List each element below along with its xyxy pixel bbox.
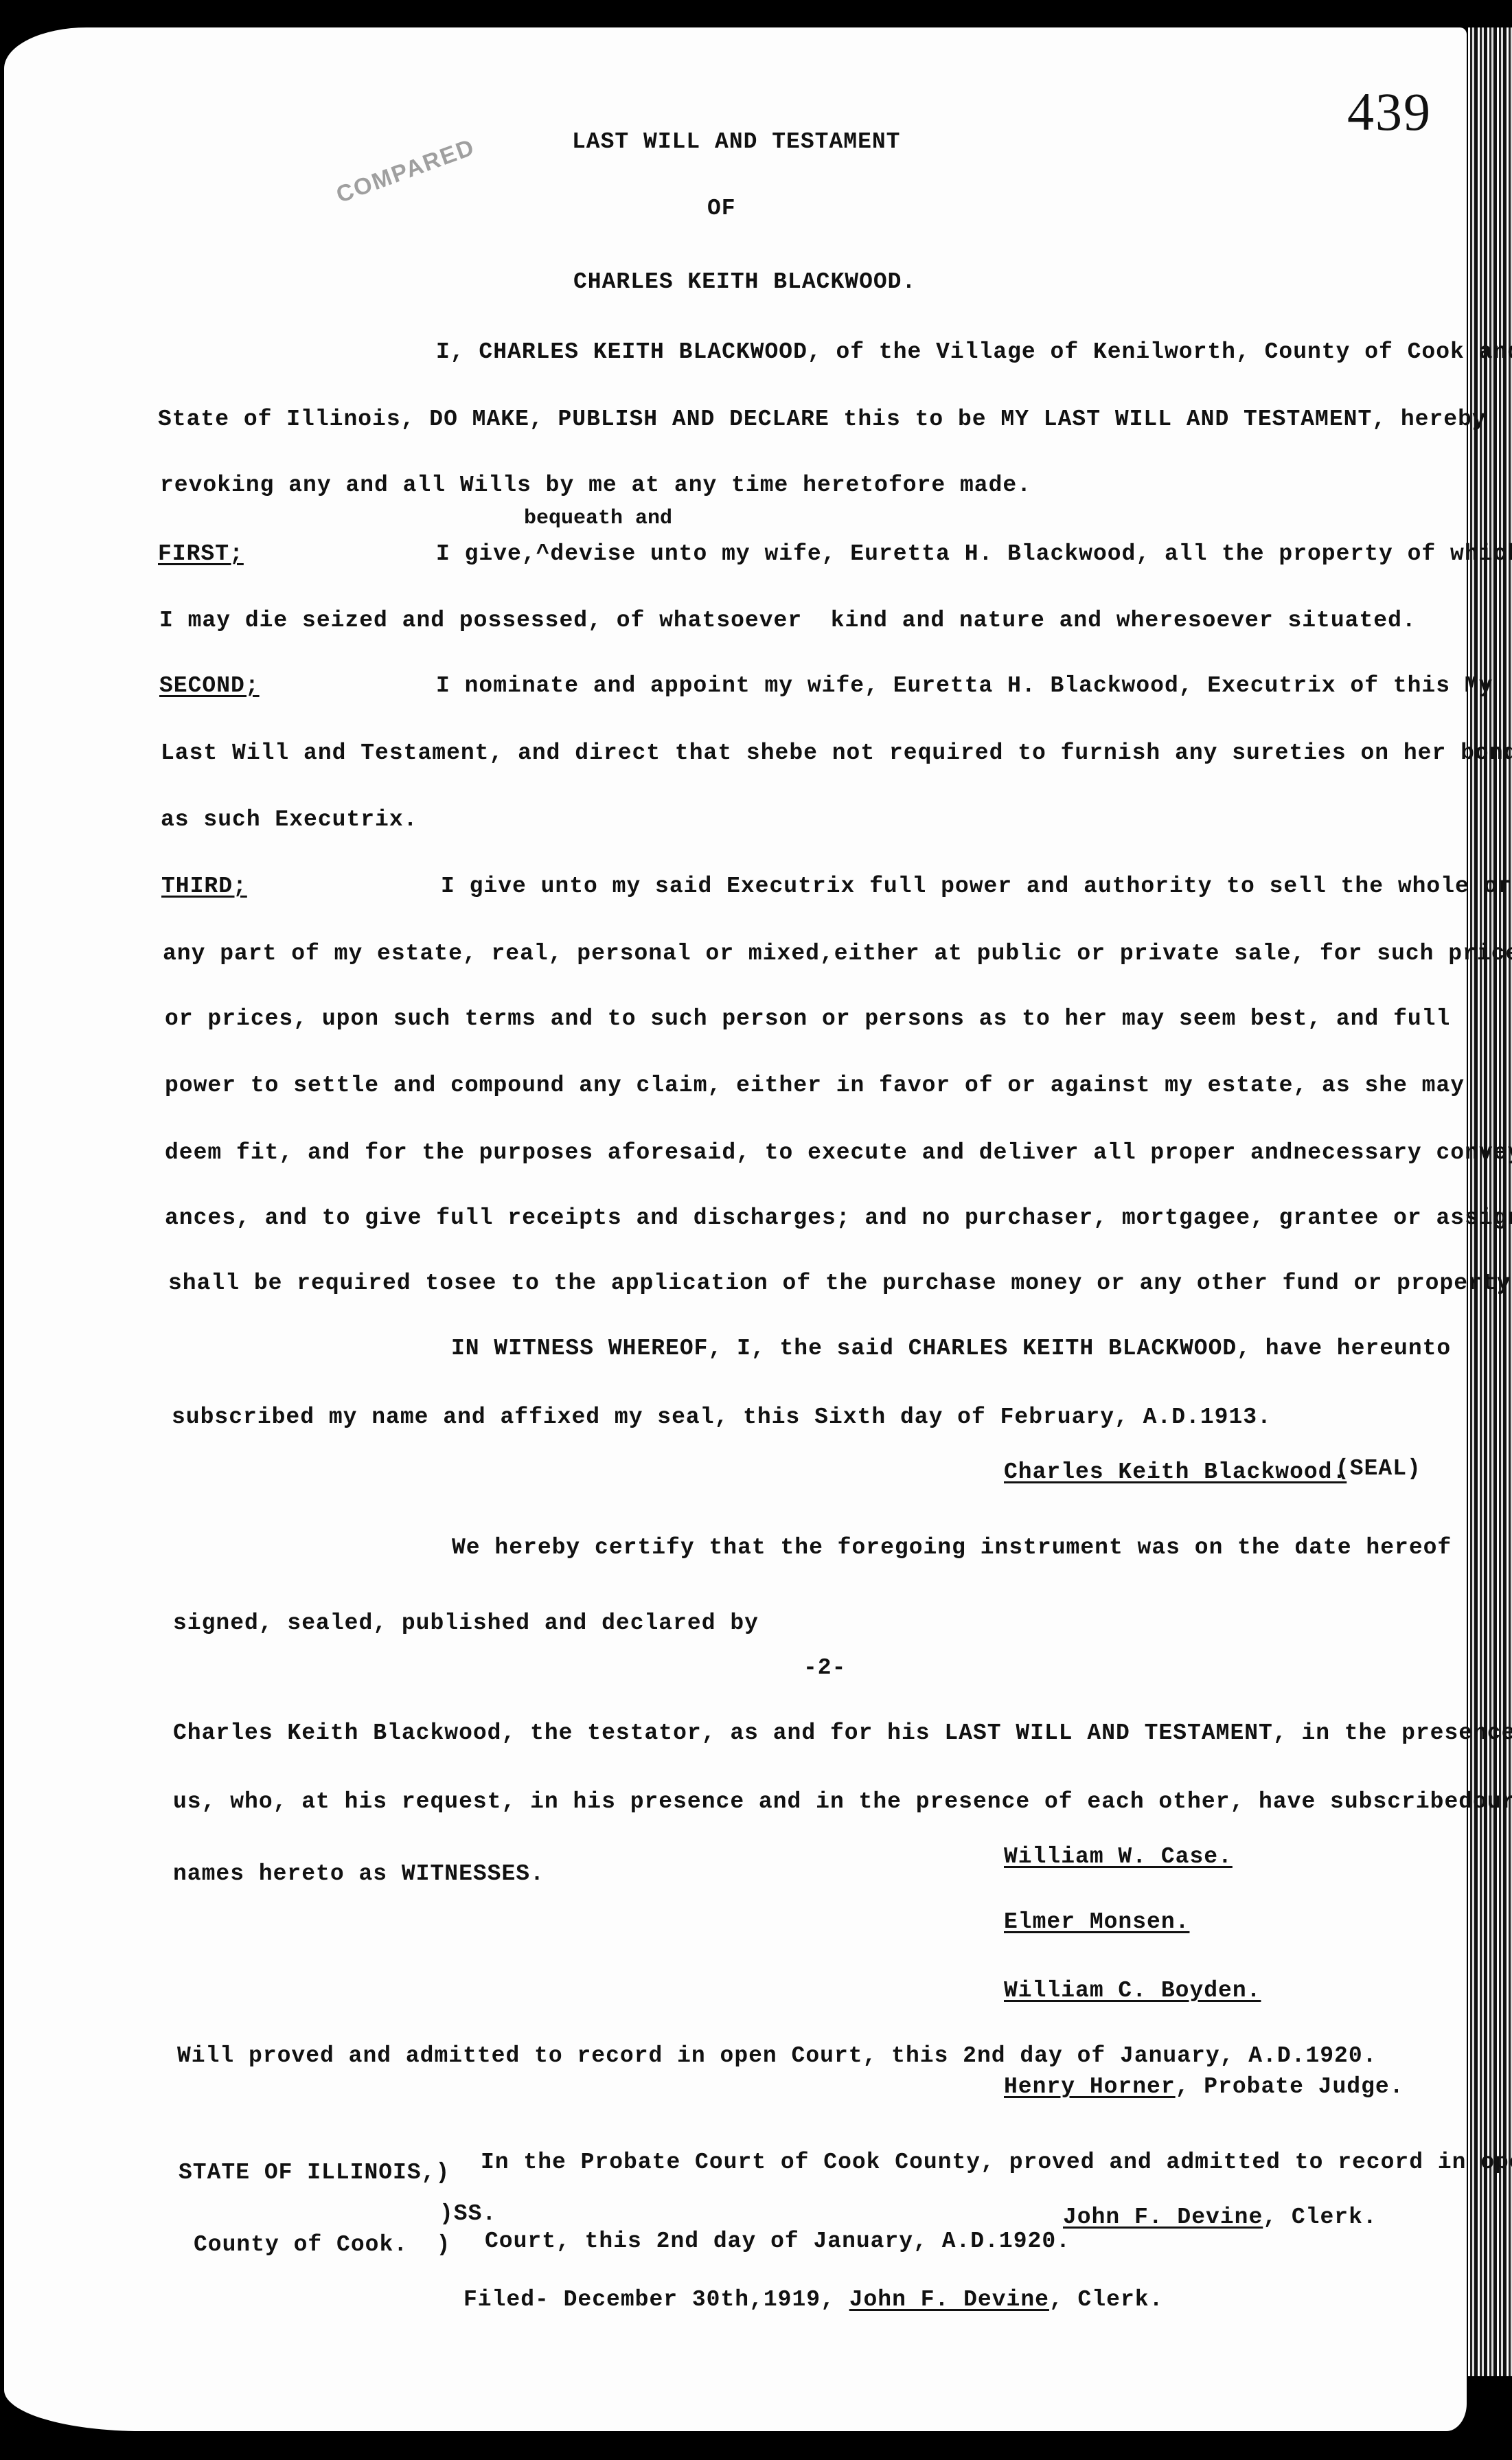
attestation-cont-line: names hereto as WITNESSES.: [173, 1861, 545, 1887]
article-third-line: shall be required tosee to the applicati…: [168, 1271, 1512, 1296]
article-third-line: any part of my estate, real, personal or…: [163, 941, 1512, 966]
filed-line: Filed- December 30th,1919, John F. Devin…: [463, 2287, 1163, 2312]
clerk-signature: John F. Devine: [1063, 2205, 1263, 2230]
article-second-line: I nominate and appoint my wife, Euretta …: [436, 673, 1493, 698]
article-third-line: or prices, upon such terms and to such p…: [165, 1006, 1450, 1032]
preamble-line: State of Illinois, DO MAKE, PUBLISH AND …: [158, 407, 1487, 432]
article-label-third: THIRD;: [161, 874, 247, 899]
article-second-line: as such Executrix.: [161, 807, 417, 832]
title-line-2: OF: [707, 196, 736, 221]
filed-date: Filed- December 30th,1919,: [463, 2287, 835, 2312]
article-label-second: SECOND;: [159, 673, 260, 698]
article-third-line: ances, and to give full receipts and dis…: [165, 1205, 1512, 1231]
clerk-line: John F. Devine, Clerk.: [1063, 2205, 1377, 2230]
attestation-line: signed, sealed, published and declared b…: [173, 1610, 759, 1636]
handwritten-insertion: bequeath and: [524, 507, 672, 530]
filed-clerk-signature: John F. Devine: [849, 2287, 1049, 2312]
court-line: Court, this 2nd day of January, A.D.1920…: [485, 2229, 1070, 2254]
filed-clerk-title: , Clerk.: [1049, 2287, 1163, 2312]
article-label-first: FIRST;: [158, 541, 244, 567]
seal-mark: (SEAL): [1336, 1456, 1421, 1481]
testator-signature: Charles Keith Blackwood.: [1004, 1459, 1347, 1485]
witness-signature: Elmer Monsen.: [1004, 1909, 1189, 1935]
article-first-line: I give,^devise unto my wife, Euretta H. …: [436, 541, 1512, 567]
testimonium-line: subscribed my name and affixed my seal, …: [172, 1404, 1272, 1430]
preamble-line: revoking any and all Wills by me at any …: [160, 472, 1031, 498]
article-third-line: I give unto my said Executrix full power…: [441, 874, 1512, 899]
court-line: In the Probate Court of Cook County, pro…: [481, 2150, 1512, 2175]
page-number: 439: [1347, 81, 1432, 143]
article-second-line: Last Will and Testament, and direct that…: [161, 740, 1512, 766]
article-third-line: deem fit, and for the purposes aforesaid…: [165, 1140, 1512, 1165]
article-first-line: I may die seized and possessed, of whats…: [159, 608, 1417, 633]
probate-admitted-line: Will proved and admitted to record in op…: [177, 2043, 1377, 2069]
attestation-line: We hereby certify that the foregoing ins…: [452, 1535, 1452, 1560]
witness-signature: William W. Case.: [1004, 1844, 1233, 1869]
preamble-line: I, CHARLES KEITH BLACKWOOD, of the Villa…: [436, 339, 1512, 365]
judge-title: , Probate Judge.: [1176, 2074, 1404, 2099]
clerk-title: , Clerk.: [1263, 2205, 1377, 2230]
venue-state: STATE OF ILLINOIS,): [179, 2160, 450, 2185]
venue-county: County of Cook. ): [194, 2232, 450, 2257]
article-third-line: power to settle and compound any claim, …: [165, 1073, 1465, 1098]
probate-judge-line: Henry Horner, Probate Judge.: [1004, 2074, 1404, 2099]
attestation-cont-line: Charles Keith Blackwood, the testator, a…: [173, 1720, 1512, 1746]
ledger-binding-edge: [1468, 27, 1512, 2376]
witness-signature: William C. Boyden.: [1004, 1978, 1261, 2003]
attestation-cont-line: us, who, at his request, in his presence…: [173, 1789, 1512, 1814]
venue-ss: )SS.: [439, 2201, 496, 2226]
title-line-3: CHARLES KEITH BLACKWOOD.: [573, 269, 916, 295]
testimonium-line: IN WITNESS WHEREOF, I, the said CHARLES …: [451, 1336, 1451, 1361]
judge-signature: Henry Horner: [1004, 2074, 1176, 2099]
title-line-1: LAST WILL AND TESTAMENT: [572, 129, 900, 155]
sheet-marker: -2-: [803, 1655, 846, 1681]
